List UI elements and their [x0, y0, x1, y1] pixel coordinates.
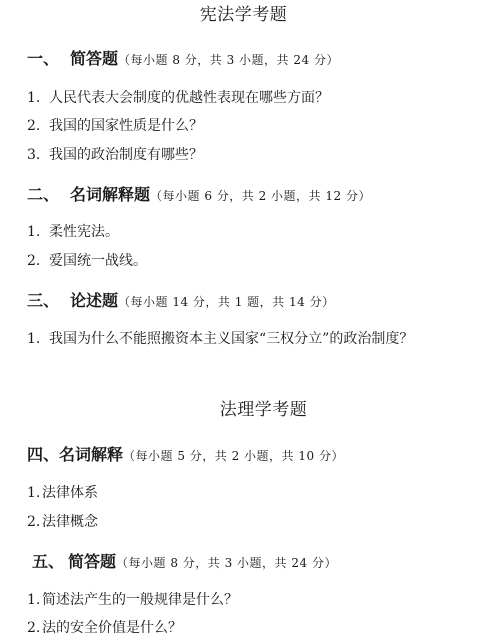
- section-number: 四、: [27, 442, 59, 465]
- section-name: 简答题: [68, 549, 116, 572]
- section-number: 三、: [27, 288, 70, 311]
- question-item: 1.简述法产生的一般规律是什么？: [27, 589, 238, 609]
- section-number: 二、: [27, 182, 70, 205]
- section-score-note: （每小题 8 分，共 3 小题，共 24 分）: [116, 556, 337, 570]
- question-item: 2.我国的国家性质是什么？: [27, 115, 203, 135]
- section-heading-5: 五、简答题（每小题 8 分，共 3 小题，共 24 分）: [32, 549, 337, 572]
- question-number: 1.: [27, 592, 42, 608]
- question-text: 我国为什么不能照搬资本主义国家“三权分立”的政治制度？: [49, 331, 413, 347]
- question-text: 法的安全价值是什么？: [42, 620, 182, 636]
- section-name: 简答题: [70, 46, 118, 69]
- question-number: 3.: [27, 147, 49, 163]
- question-number: 1.: [27, 224, 49, 240]
- section-name: 名词解释: [59, 442, 123, 465]
- question-item: 1.柔性宪法。: [27, 221, 119, 241]
- question-number: 1.: [27, 331, 49, 347]
- section-heading-1: 一、简答题（每小题 8 分，共 3 小题，共 24 分）: [27, 46, 339, 69]
- question-text: 法律体系: [42, 485, 98, 501]
- section-heading-3: 三、论述题（每小题 14 分，共 1 题，共 14 分）: [27, 288, 335, 311]
- question-text: 我国的国家性质是什么？: [49, 118, 203, 134]
- question-number: 2.: [27, 253, 49, 269]
- question-number: 1.: [27, 90, 49, 106]
- question-text: 人民代表大会制度的优越性表现在哪些方面？: [49, 90, 329, 106]
- section-score-note: （每小题 5 分，共 2 小题，共 10 分）: [123, 449, 344, 463]
- question-number: 2.: [27, 118, 49, 134]
- section-heading-2: 二、名词解释题（每小题 6 分，共 2 小题，共 12 分）: [27, 182, 371, 205]
- exam-title-jurisprudence: 法理学考题: [10, 395, 487, 420]
- question-text: 爱国统一战线。: [49, 253, 147, 269]
- section-score-note: （每小题 6 分，共 2 小题，共 12 分）: [150, 189, 371, 203]
- question-text: 简述法产生的一般规律是什么？: [42, 592, 238, 608]
- question-item: 2.法的安全价值是什么？: [27, 617, 182, 637]
- section-number: 五、: [32, 549, 68, 572]
- question-number: 1.: [27, 485, 42, 501]
- question-text: 我国的政治制度有哪些？: [49, 147, 203, 163]
- section-name: 名词解释题: [70, 182, 150, 205]
- question-item: 1.我国为什么不能照搬资本主义国家“三权分立”的政治制度？: [27, 328, 413, 348]
- section-score-note: （每小题 14 分，共 1 题，共 14 分）: [118, 295, 335, 309]
- question-item: 1.人民代表大会制度的优越性表现在哪些方面？: [27, 87, 329, 107]
- exam-title-constitutional-law: 宪法学考题: [0, 0, 487, 25]
- question-text: 法律概念: [42, 514, 98, 530]
- question-number: 2.: [27, 620, 42, 636]
- question-item: 3.我国的政治制度有哪些？: [27, 144, 203, 164]
- question-item: 2.法律概念: [27, 511, 98, 531]
- question-text: 柔性宪法。: [49, 224, 119, 240]
- section-heading-4: 四、名词解释（每小题 5 分，共 2 小题，共 10 分）: [27, 442, 344, 465]
- question-number: 2.: [27, 514, 42, 530]
- section-score-note: （每小题 8 分，共 3 小题，共 24 分）: [118, 53, 339, 67]
- section-number: 一、: [27, 46, 70, 69]
- question-item: 2.爱国统一战线。: [27, 250, 147, 270]
- question-item: 1.法律体系: [27, 482, 98, 502]
- section-name: 论述题: [70, 288, 118, 311]
